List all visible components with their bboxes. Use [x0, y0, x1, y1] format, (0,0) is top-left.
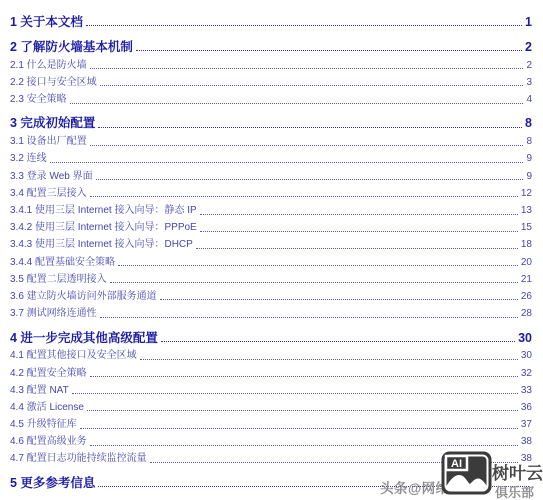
toc-entry[interactable]: 4 进一步完成其他高级配置 30 [10, 328, 532, 347]
dot-leader [136, 50, 522, 51]
dot-leader [90, 196, 518, 197]
toc-entry-page: 33 [521, 386, 532, 397]
dot-leader [196, 248, 518, 249]
toc-entry-page: 9 [526, 154, 532, 165]
toc-entry[interactable]: 4.1 配置其他接口及安全区域 30 [10, 347, 532, 364]
dot-leader [100, 317, 518, 318]
brand-text: 树叶云 [492, 459, 543, 484]
toc-entry-page: 9 [526, 172, 532, 183]
toc-entry-page: 4 [526, 95, 532, 106]
toc-entry[interactable]: 3.1 设备出厂配置 8 [10, 133, 532, 150]
toc-entry-title: 3.1 设备出厂配置 [10, 137, 87, 148]
toc-entry[interactable]: 2 了解防火墙基本机制 2 [10, 37, 532, 56]
toc-entry-title: 2.2 接口与安全区域 [10, 78, 97, 89]
toc-entry-page: 21 [521, 275, 532, 286]
toc-entry-page: 26 [521, 292, 532, 303]
toc-entry[interactable]: 2.3 安全策略 4 [10, 90, 532, 107]
toc-entry-title: 1 关于本文档 [10, 16, 83, 29]
toc-entry-page: 8 [526, 137, 532, 148]
toc-entry-title: 4.2 配置安全策略 [10, 369, 87, 380]
toc-entry[interactable]: 3.4.2 使用三层 Internet 接入向导：PPPoE 15 [10, 219, 532, 236]
toc-entry[interactable]: 4.3 配置 NAT 33 [10, 381, 532, 398]
document-page: 1 关于本文档 1 2 了解防火墙基本机制 2 2.1 什么是防火墙 2 2.2… [0, 0, 543, 500]
toc-entry[interactable]: 4.2 配置安全策略 32 [10, 364, 532, 381]
toc-entry-title: 3.5 配置二层透明接入 [10, 275, 107, 286]
toc-entry-page: 13 [521, 206, 532, 217]
dot-leader [90, 145, 524, 146]
toc-entry-page: 2 [525, 41, 532, 54]
toc-entry[interactable]: 3.4 配置三层接入 12 [10, 184, 532, 201]
watermark-text-suffix: 俱乐部 [495, 482, 534, 500]
watermark-text-prefix: 头条@网络 [380, 477, 450, 497]
toc-entry[interactable]: 3.7 测试网络连通性 28 [10, 304, 532, 321]
toc-entry-title: 4.6 配置高级业务 [10, 437, 87, 448]
toc-entry[interactable]: 2.2 接口与安全区域 3 [10, 73, 532, 90]
dot-leader [90, 376, 518, 377]
dot-leader [100, 85, 524, 86]
dot-leader [90, 445, 518, 446]
toc-entry-title: 4.5 升级特征库 [10, 420, 77, 431]
toc-entry-page: 30 [521, 351, 532, 362]
toc-entry-title: 5 更多参考信息 [10, 477, 95, 490]
toc-entry[interactable]: 3.2 连线 9 [10, 150, 532, 167]
toc-entry-page: 3 [526, 78, 532, 89]
toc-list: 1 关于本文档 1 2 了解防火墙基本机制 2 2.1 什么是防火墙 2 2.2… [10, 12, 532, 492]
toc-entry-title: 2.1 什么是防火墙 [10, 61, 87, 72]
dot-leader [96, 179, 524, 180]
toc-entry-title: 3.4.3 使用三层 Internet 接入向导：DHCP [10, 240, 193, 251]
toc-entry-title: 3 完成初始配置 [10, 117, 95, 130]
dot-leader [72, 393, 518, 394]
toc-entry-page: 30 [518, 332, 532, 345]
dot-leader [70, 103, 524, 104]
toc-entry[interactable]: 4.6 配置高级业务 38 [10, 433, 532, 450]
toc-entry[interactable]: 1 关于本文档 1 [10, 12, 532, 31]
toc-entry-page: 1 [525, 16, 532, 29]
dot-leader [90, 68, 524, 69]
toc-entry[interactable]: 4.4 激活 License 36 [10, 398, 532, 415]
dot-leader [160, 299, 518, 300]
toc-entry-title: 4.4 激活 License [10, 403, 84, 414]
toc-entry-title: 4.1 配置其他接口及安全区域 [10, 351, 137, 362]
toc-entry-page: 18 [521, 240, 532, 251]
dot-leader [86, 25, 522, 26]
ai-image-logo-icon: AI [441, 451, 492, 495]
dot-leader [118, 265, 518, 266]
dot-leader [80, 428, 518, 429]
toc-entry-page: 15 [521, 223, 532, 234]
toc-entry-title: 3.4 配置三层接入 [10, 189, 87, 200]
dot-leader [110, 282, 518, 283]
toc-entry[interactable]: 3.5 配置二层透明接入 21 [10, 270, 532, 287]
toc-entry-page: 8 [525, 117, 532, 130]
toc-entry-title: 3.4.4 配置基础安全策略 [10, 258, 115, 269]
toc-entry[interactable]: 3.6 建立防火墙访问外部服务通道 26 [10, 287, 532, 304]
dot-leader [200, 231, 518, 232]
toc-entry[interactable]: 3.4.4 配置基础安全策略 20 [10, 253, 532, 270]
dot-leader [140, 359, 518, 360]
toc-entry-page: 37 [521, 420, 532, 431]
toc-entry[interactable]: 3.4.3 使用三层 Internet 接入向导：DHCP 18 [10, 236, 532, 253]
dot-leader [87, 410, 518, 411]
dot-leader [98, 127, 522, 128]
toc-entry-title: 2.3 安全策略 [10, 95, 67, 106]
toc-entry-page: 12 [521, 189, 532, 200]
toc-entry-title: 3.7 测试网络连通性 [10, 309, 97, 320]
toc-entry-page: 32 [521, 369, 532, 380]
ai-logo-label: AI [451, 458, 462, 470]
toc-entry-title: 3.2 连线 [10, 154, 47, 165]
toc-entry-title: 3.3 登录 Web 界面 [10, 172, 93, 183]
toc-entry-page: 36 [521, 403, 532, 414]
toc-entry-page: 20 [521, 258, 532, 269]
dot-leader [200, 214, 518, 215]
toc-entry-page: 2 [526, 61, 532, 72]
toc-entry-title: 3.6 建立防火墙访问外部服务通道 [10, 292, 157, 303]
toc-entry-title: 4.3 配置 NAT [10, 386, 69, 397]
toc-entry-page: 28 [521, 309, 532, 320]
toc-entry-title: 3.4.1 使用三层 Internet 接入向导：静态 IP [10, 206, 197, 217]
toc-entry[interactable]: 2.1 什么是防火墙 2 [10, 56, 532, 73]
toc-entry-title: 2 了解防火墙基本机制 [10, 41, 133, 54]
toc-entry-page: 38 [521, 437, 532, 448]
dot-leader [161, 341, 515, 342]
toc-entry-title: 4 进一步完成其他高级配置 [10, 332, 158, 345]
toc-entry[interactable]: 4.5 升级特征库 37 [10, 415, 532, 432]
toc-entry-title: 3.4.2 使用三层 Internet 接入向导：PPPoE [10, 223, 197, 234]
toc-entry[interactable]: 3.4.1 使用三层 Internet 接入向导：静态 IP 13 [10, 201, 532, 218]
toc-entry[interactable]: 3 完成初始配置 8 [10, 114, 532, 133]
toc-entry[interactable]: 3.3 登录 Web 界面 9 [10, 167, 532, 184]
toc-entry-title: 4.7 配置日志功能持续监控流量 [10, 454, 147, 465]
dot-leader [50, 162, 524, 163]
